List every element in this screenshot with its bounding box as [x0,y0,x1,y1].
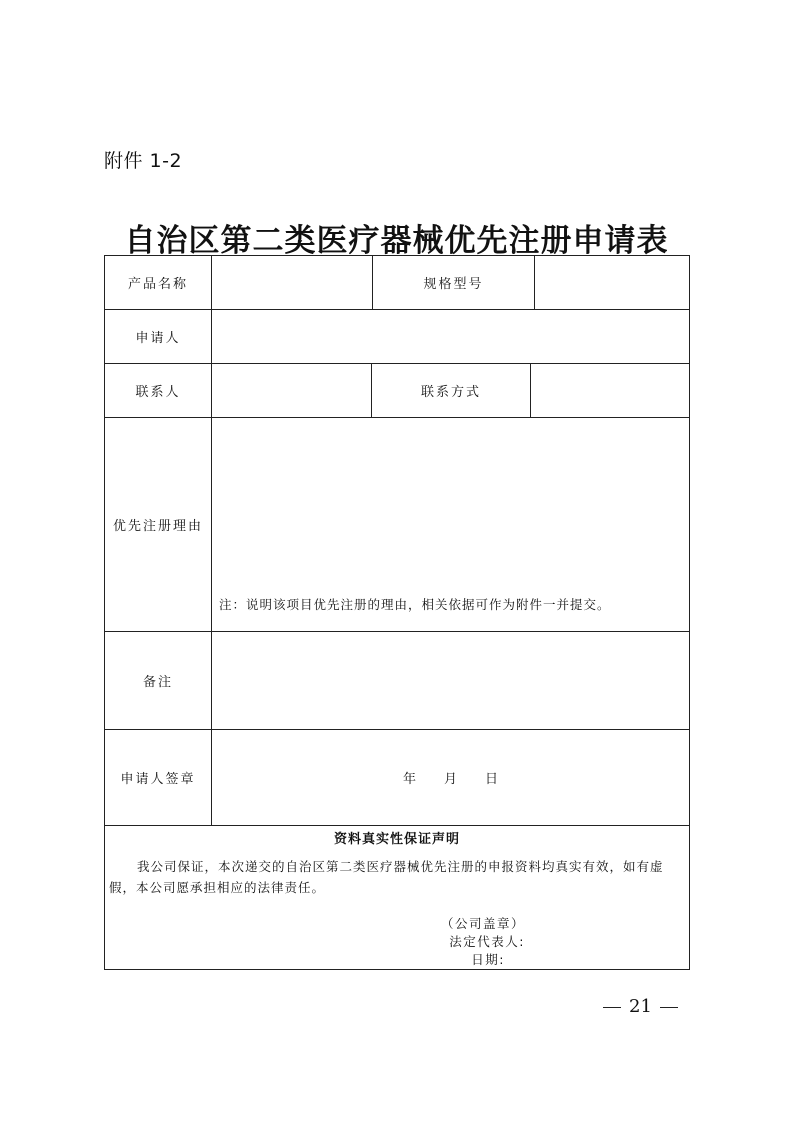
declaration-body: 我公司保证，本次递交的自治区第二类医疗器械优先注册的申报资料均真实有效，如有虚假… [109,856,685,898]
priority-reason-note: 注：说明该项目优先注册的理由，相关依据可作为附件一并提交。 [219,595,611,613]
row-priority-reason: 优先注册理由 注：说明该项目优先注册的理由，相关依据可作为附件一并提交。 [105,418,689,632]
product-name-field[interactable] [212,256,373,309]
applicant-seal-field[interactable]: 年 月 日 [212,730,689,825]
applicant-label: 申请人 [105,310,212,363]
page-number: 21 [595,996,686,1017]
dash-decoration [603,1007,621,1008]
contact-method-label: 联系方式 [372,364,531,417]
page-number-value: 21 [629,996,652,1017]
applicant-field[interactable] [212,310,689,363]
dash-decoration [660,1007,678,1008]
remarks-field[interactable] [212,632,689,729]
row-applicant: 申请人 [105,310,689,364]
company-seal-label: （公司盖章） [441,914,525,932]
date-day-label: 日 [485,768,498,787]
row-remarks: 备注 [105,632,689,730]
spec-model-label: 规格型号 [373,256,535,309]
row-contact: 联系人 联系方式 [105,364,689,418]
contact-method-field[interactable] [531,364,689,417]
applicant-seal-label: 申请人签章 [105,730,212,825]
priority-reason-label: 优先注册理由 [105,418,212,631]
attachment-label: 附件 1-2 [104,146,182,173]
declaration-date-label: 日期: [471,950,505,968]
form-title: 自治区第二类医疗器械优先注册申请表 [0,215,793,260]
row-product: 产品名称 规格型号 [105,256,689,310]
application-form-table: 产品名称 规格型号 申请人 联系人 联系方式 优先注册理由 注：说明该项目优先注… [104,255,690,970]
date-month-label: 月 [444,768,457,787]
contact-person-field[interactable] [212,364,372,417]
remarks-label: 备注 [105,632,212,729]
legal-representative-label: 法定代表人: [449,932,525,950]
priority-reason-field[interactable]: 注：说明该项目优先注册的理由，相关依据可作为附件一并提交。 [212,418,689,631]
row-applicant-seal: 申请人签章 年 月 日 [105,730,689,826]
product-name-label: 产品名称 [105,256,212,309]
declaration-title: 资料真实性保证声明 [105,828,689,847]
spec-model-field[interactable] [535,256,689,309]
declaration-section: 资料真实性保证声明 我公司保证，本次递交的自治区第二类医疗器械优先注册的申报资料… [105,826,689,969]
contact-person-label: 联系人 [105,364,212,417]
date-year-label: 年 [403,768,416,787]
